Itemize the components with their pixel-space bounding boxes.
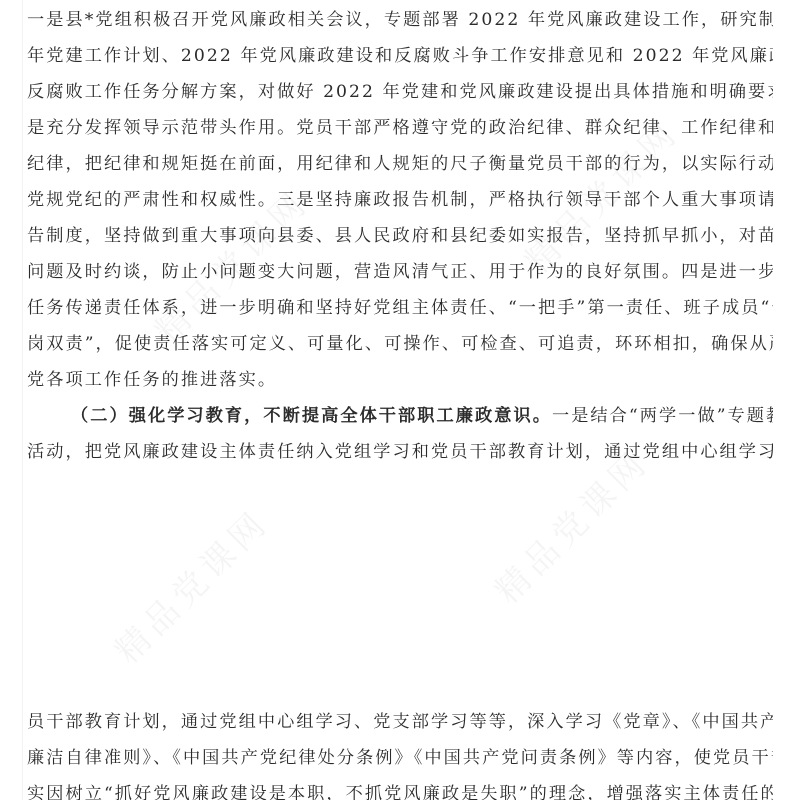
paragraph-line: 年党建工作计划、2022 年党风廉政建设和反腐败斗争工作安排意见和 2022 年… [27, 44, 773, 68]
paragraph-line: 党各项工作任务的推进落实。 [27, 368, 773, 392]
section-text: 一是结合“两学一做”专题教育 [552, 406, 773, 426]
paragraph-line: 岗双责”，促使责任落实可定义、可量化、可操作、可检查、可追责，环环相扣，确保从严… [27, 332, 773, 356]
paragraph-line: 廉洁自律准则》、《中国共产党纪律处分条例》《中国共产党问责条例》等内容，使党员干… [27, 746, 773, 770]
paragraph-line: 实因树立“抓好党风廉政建设是本职，不抓党风廉政是失职”的理念，增强落实主体责任的… [27, 782, 773, 800]
paragraph-line: 是充分发挥领导示范带头作用。党员干部严格遵守党的政治纪律、群众纪律、工作纪律和生… [27, 116, 773, 140]
paragraph-line: 党规党纪的严肃性和权威性。三是坚持廉政报告机制，严格执行领导干部个人重大事项请示… [27, 188, 773, 212]
paragraph-line: 反腐败工作任务分解方案，对做好 2022 年党建和党风廉政建设提出具体措施和明确… [27, 80, 773, 104]
watermark: 精品党课网 [102, 496, 278, 672]
paragraph-line: 任务传递责任体系，进一步明确和坚持好党组主体责任、“一把手”第一责任、班子成员“… [27, 296, 773, 320]
paragraph-line: 告制度，坚持做到重大事项向县委、县人民政府和县纪委如实报告，坚持抓早抓小，对苗头… [27, 224, 773, 248]
paragraph-line: 问题及时约谈，防止小问题变大问题，营造风清气正、用于作为的良好氛围。四是进一步完… [27, 260, 773, 284]
paragraph-line: 纪律，把纪律和规矩挺在前面，用纪律和人规矩的尺子衡量党员干部的行为，以实际行动维… [27, 152, 773, 176]
paragraph-line: 活动，把党风廉政建设主体责任纳入党组学习和党员干部教育计划，通过党组中心组学习和… [27, 440, 773, 464]
paragraph-line: 一是县*党组积极召开党风廉政相关会议，专题部署 2022 年党风廉政建设工作，研… [27, 8, 773, 32]
section-heading: （二）强化学习教育，不断提高全体干部职工廉政意识。 [71, 406, 552, 426]
section-heading-line: （二）强化学习教育，不断提高全体干部职工廉政意识。一是结合“两学一做”专题教育 [27, 404, 773, 428]
paragraph-line: 员干部教育计划，通过党组中心组学习、党支部学习等等，深入学习《党章》、《中国共产… [27, 710, 773, 734]
page-edge [22, 0, 23, 800]
